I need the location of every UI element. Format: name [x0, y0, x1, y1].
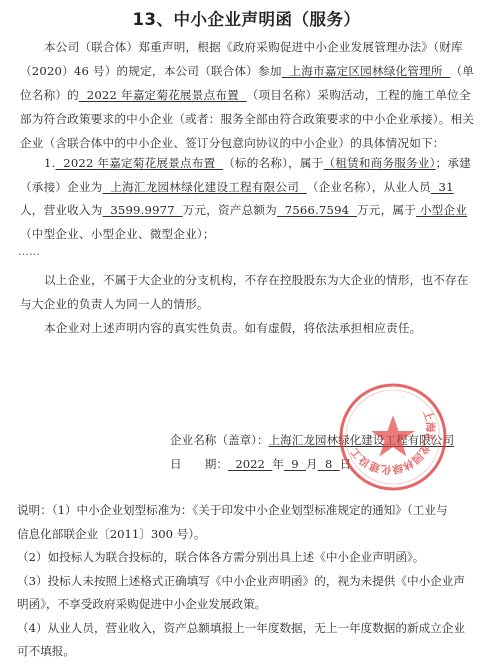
unit-name-field: 上海市嘉定区园林绿化管理所 — [282, 64, 451, 78]
text: 以上企业，不属于大企业的分支机构，不存在控股股东为大企业的情形，也不存在 — [44, 273, 469, 287]
note-4-line-2: 可不填报。 — [17, 643, 467, 659]
text: 人，营业收入为 — [20, 203, 103, 217]
employees-field: 31 — [431, 180, 454, 194]
industry-field: （租赁和商务服务业） — [324, 156, 436, 170]
document-title: 13、中小企业声明函（服务） — [0, 6, 493, 30]
paragraph-2-line-1: 以上企业，不属于大企业的分支机构，不存在控股股东为大企业的情形，也不存在 — [44, 272, 465, 288]
note-3-line-1: （3）投标人未按照上述格式正确填写《中小企业声明函》的，视为未提供《中小企业声 — [17, 573, 467, 589]
text: （承接）企业为 — [20, 180, 103, 194]
note-1-line-2: 信息化部联企业〔2011〕300 号）。 — [17, 526, 467, 542]
signature-company-line: 企业名称（盖章）：上海汇龙园林绿化建设工程有限公司 — [170, 432, 454, 448]
month-unit: 月 — [306, 457, 318, 471]
note-2: （2）如投标人为联合投标的，联合体各方需分别出具上述《中小企业声明函》。 — [17, 549, 467, 565]
month-field: 9 — [284, 457, 306, 471]
text: 本公司（联合体）郑重声明，根据《政府采购促进中小企业发展管理办法》（财库 — [44, 40, 463, 54]
day-field: 8 — [318, 457, 340, 471]
day-unit: 日 — [340, 457, 352, 471]
text: 企业（含联合体中的中小企业、签订分包意向协议的中小企业）的具体情况如下： — [20, 136, 445, 150]
item-1-line-1: 1. 2022 年嘉定菊花展景点布置 （标的名称），属于（租赁和商务服务业）；承… — [44, 155, 465, 171]
total-assets-field: 7566.7594 — [277, 203, 357, 217]
text: 本企业对上述声明内容的真实性负责。如有虚假，将依法承担相应责任。 — [44, 321, 421, 335]
text: （单 — [451, 64, 475, 78]
item-1-line-4: （中型企业、小型企业、微型企业）； — [20, 226, 465, 242]
year-field: 2022 — [228, 457, 272, 471]
date-label: 日 期： — [170, 457, 228, 471]
enterprise-name-field: 上海汇龙园林绿化建设工程有限公司 — [103, 180, 307, 194]
note-1-line-1: 说明：（1）中小企业划型标准为：《关于印发中小企业划型标准规定的通知》（工业与 — [17, 502, 467, 518]
paragraph-1-line-3: 位名称）的 2022 年嘉定菊花展景点布置 （项目名称）采购活动，工程的施工单位… — [20, 87, 465, 103]
paragraph-1-line-4: 部为符合政策要求的中小企业（或者：服务全部由符合政策要求的中小企业承接）。相关 — [20, 111, 465, 127]
paragraph-1-line-1: 本公司（联合体）郑重声明，根据《政府采购促进中小企业发展管理办法》（财库 — [44, 39, 465, 55]
item-1-line-2: （承接）企业为 上海汇龙园林绿化建设工程有限公司 （企业名称），从业人员 31 — [20, 179, 465, 195]
text: 位名称）的 — [20, 88, 79, 102]
note-4-line-1: （4）从业人员，营业收入，资产总额填报上一年度数据，无上一年度数据的新成立企业 — [17, 620, 467, 636]
project-name-field: 2022 年嘉定菊花展景点布置 — [79, 88, 247, 102]
text: （2020）46 号）的规定，本公司（联合体）参加 — [20, 64, 282, 78]
company-label: 企业名称（盖章）： — [170, 433, 269, 447]
signature-date-line: 日 期： 2022 年 9 月 8 日 — [170, 456, 351, 472]
text: （项目名称）采购活动，工程的施工单位全 — [247, 88, 471, 102]
item-number: 1. — [44, 156, 55, 170]
year-unit: 年 — [272, 457, 284, 471]
text: （中型企业、小型企业、微型企业）； — [20, 227, 215, 241]
enterprise-type-field: 小型企业 — [416, 203, 467, 217]
text: （标的名称），属于 — [223, 156, 323, 170]
text: （企业名称），从业人员 — [307, 180, 431, 194]
company-name-field: 上海汇龙园林绿化建设工程有限公司 — [269, 433, 455, 447]
revenue-field: 3599.9977 — [103, 203, 183, 217]
paragraph-1-line-2: （2020）46 号）的规定，本公司（联合体）参加 上海市嘉定区园林绿化管理所 … — [20, 63, 465, 79]
note-3-line-2: 明函》，不享受政府采购促进中小企业发展政策。 — [17, 596, 467, 612]
paragraph-1-line-5: 企业（含联合体中的中小企业、签订分包意向协议的中小企业）的具体情况如下： — [20, 135, 465, 151]
item-1-line-3: 人，营业收入为 3599.9977 万元，资产总额为 7566.7594 万元，… — [20, 202, 465, 218]
text: 与大企业的负责人为同一人的情形。 — [20, 297, 209, 311]
paragraph-3: 本企业对上述声明内容的真实性负责。如有虚假，将依法承担相应责任。 — [44, 320, 465, 336]
text: 万元，资产总额为 — [183, 203, 277, 217]
text: ；承建 — [436, 156, 471, 170]
text: 部为符合政策要求的中小企业（或者：服务全部由符合政策要求的中小企业承接）。相关 — [20, 112, 474, 126]
ellipsis: …… — [18, 245, 40, 258]
text: 万元，属于 — [357, 203, 416, 217]
subject-name-field: 2022 年嘉定菊花展景点布置 — [55, 156, 223, 170]
paragraph-2-line-2: 与大企业的负责人为同一人的情形。 — [20, 296, 465, 312]
